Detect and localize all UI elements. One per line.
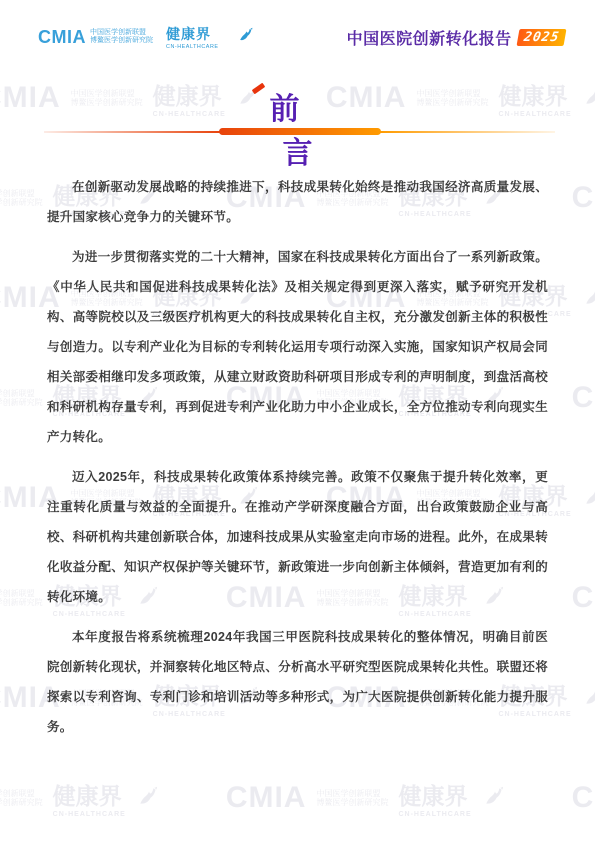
watermark-cmia: CMIA [572, 581, 595, 615]
healthcare-logo: 健康界 CN-HEALTHCARE [166, 24, 224, 50]
watermark-deer-icon [582, 683, 595, 714]
report-title-block: 中国医院创新转化报告 2025 [347, 26, 565, 49]
page-header: CMIA 中国医学创新联盟 博鳌医学创新研究院 健康界 CN-HEALTHCAR… [38, 24, 565, 50]
watermark-cmia: CMIA [572, 381, 595, 415]
watermark-unit: CMIA中国医学创新联盟博鳌医学创新研究院健康界CN-HEALTHCARE [572, 178, 595, 218]
watermark-cmia-sub: 中国医学创新联盟博鳌医学创新研究院 [0, 189, 43, 207]
underline-right [380, 131, 556, 133]
watermark-deer-icon [582, 283, 595, 314]
report-title: 中国医院创新转化报告 [347, 26, 512, 49]
cmia-sub-line1: 中国医学创新联盟 [90, 29, 153, 37]
watermark-unit: CMIA中国医学创新联盟博鳌医学创新研究院健康界CN-HEALTHCARE [572, 578, 595, 618]
red-accent-mark [251, 83, 265, 95]
cmia-logo-text: CMIA [38, 27, 86, 48]
watermark-deer-icon [582, 483, 595, 514]
watermark-cmia-sub: 中国医学创新联盟博鳌医学创新研究院 [0, 389, 43, 407]
cmia-logo: CMIA 中国医学创新联盟 博鳌医学创新研究院 [38, 27, 153, 48]
watermark-unit: CMIA中国医学创新联盟博鳌医学创新研究院健康界CN-HEALTHCARE [226, 778, 508, 818]
watermark-healthcare: 健康界CN-HEALTHCARE [53, 778, 126, 818]
preface-paragraph: 为进一步贯彻落实党的二十大精神，国家在科技成果转化方面出台了一系列新政策。《中华… [47, 242, 548, 452]
preface-paragraph: 本年度报告将系统梳理2024年我国三甲医院科技成果转化的整体情况，明确目前医院创… [47, 622, 548, 742]
watermark-cmia: CMIA [572, 781, 595, 815]
cmia-logo-subtext: 中国医学创新联盟 博鳌医学创新研究院 [90, 29, 153, 45]
watermark-cmia-sub: 中国医学创新联盟博鳌医学创新研究院 [316, 789, 388, 807]
underline-center [219, 128, 381, 135]
watermark-cmia-sub: 中国医学创新联盟博鳌医学创新研究院 [0, 789, 43, 807]
title-underline [44, 128, 555, 135]
year-badge: 2025 [516, 29, 566, 46]
watermark-cmia: CMIA [572, 181, 595, 215]
preface-paragraph: 在创新驱动发展战略的持续推进下，科技成果转化始终是推动我国经济高质量发展、提升国… [47, 172, 548, 232]
watermark-cmia: CMIA [226, 781, 307, 815]
underline-left [44, 131, 220, 133]
watermark-cmia-sub: 中国医学创新联盟博鳌医学创新研究院 [0, 589, 43, 607]
watermark-healthcare-sub: CN-HEALTHCARE [53, 811, 126, 818]
watermark-row: CMIA中国医学创新联盟博鳌医学创新研究院健康界CN-HEALTHCARECMI… [0, 778, 595, 818]
watermark-unit: CMIA中国医学创新联盟博鳌医学创新研究院健康界CN-HEALTHCARE [572, 378, 595, 418]
preface-body: 在创新驱动发展战略的持续推进下，科技成果转化始终是推动我国经济高质量发展、提升国… [47, 172, 548, 752]
watermark-healthcare: 健康界CN-HEALTHCARE [398, 778, 471, 818]
watermark-unit: CMIA中国医学创新联盟博鳌医学创新研究院健康界CN-HEALTHCARE [572, 778, 595, 818]
cmia-sub-line2: 博鳌医学创新研究院 [90, 37, 153, 45]
header-logos: CMIA 中国医学创新联盟 博鳌医学创新研究院 健康界 CN-HEALTHCAR… [38, 24, 256, 50]
deer-logo-icon [237, 25, 256, 49]
preface-paragraph: 迈入2025年，科技成果转化政策体系持续完善。政策不仅聚焦于提升转化效率，更注重… [47, 462, 548, 612]
report-page: CMIA中国医学创新联盟博鳌医学创新研究院健康界CN-HEALTHCARECMI… [0, 0, 595, 841]
healthcare-logo-subtext: CN-HEALTHCARE [166, 44, 219, 49]
watermark-deer-icon [136, 783, 162, 814]
healthcare-logo-text: 健康界 [166, 24, 224, 44]
watermark-unit: CMIA中国医学创新联盟博鳌医学创新研究院健康界CN-HEALTHCARE [0, 778, 162, 818]
watermark-deer-icon [482, 783, 508, 814]
watermark-healthcare-sub: CN-HEALTHCARE [398, 811, 471, 818]
